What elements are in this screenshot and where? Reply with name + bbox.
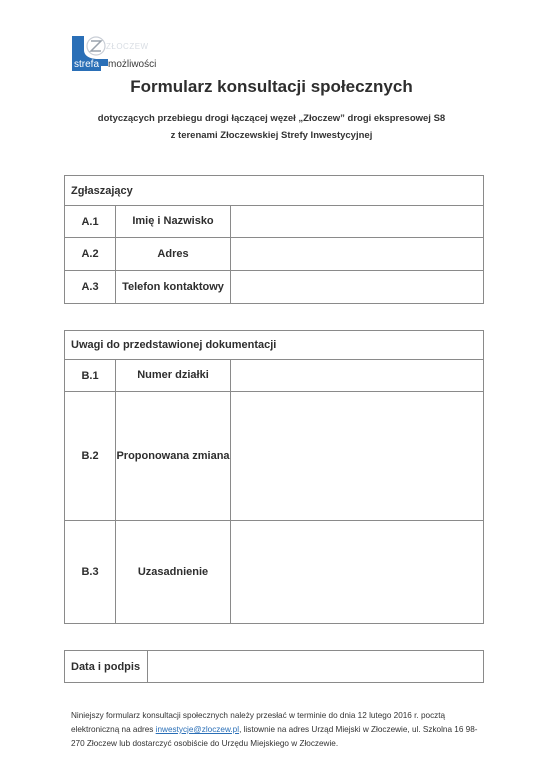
table-row: A.3 Telefon kontaktowy — [65, 271, 484, 304]
phone-field[interactable] — [231, 271, 484, 304]
row-label: Numer działki — [116, 360, 231, 392]
date-signature-field[interactable] — [148, 651, 484, 683]
row-code: A.3 — [65, 271, 116, 304]
table-row: A.1 Imię i Nazwisko — [65, 206, 484, 238]
logo-ghost-text: ZŁOCZEW — [106, 42, 149, 51]
table-row: A.2 Adres — [65, 238, 484, 271]
row-code: A.2 — [65, 238, 116, 271]
section-b-heading: Uwagi do przedstawionej dokumentacji — [65, 331, 484, 360]
row-label: Uzasadnienie — [116, 521, 231, 624]
logo: ZŁOCZEW strefa możliwości — [72, 36, 182, 76]
table-row: B.3 Uzasadnienie — [65, 521, 484, 624]
name-field[interactable] — [231, 206, 484, 238]
row-code: B.2 — [65, 392, 116, 521]
row-code: A.1 — [65, 206, 116, 238]
logo-strefa: strefa — [72, 59, 101, 71]
date-signature-label: Data i podpis — [65, 651, 148, 683]
address-field[interactable] — [231, 238, 484, 271]
plot-number-field[interactable] — [231, 360, 484, 392]
submission-note: Niniejszy formularz konsultacji społeczn… — [71, 709, 491, 751]
row-label: Proponowana zmiana — [116, 392, 231, 521]
row-code: B.3 — [65, 521, 116, 624]
justification-field[interactable] — [231, 521, 484, 624]
row-label: Adres — [116, 238, 231, 271]
section-a-heading: Zgłaszający — [65, 176, 484, 206]
page-title: Formularz konsultacji społecznych — [0, 77, 543, 97]
row-code: B.1 — [65, 360, 116, 392]
remarks-table: Uwagi do przedstawionej dokumentacji B.1… — [64, 330, 484, 624]
table-row: B.1 Numer działki — [65, 360, 484, 392]
table-row: B.2 Proponowana zmiana — [65, 392, 484, 521]
subtitle-line-2: z terenami Złoczewskiej Strefy Inwestycy… — [0, 127, 543, 144]
subtitle: dotyczących przebiegu drogi łączącej węz… — [0, 110, 543, 144]
row-label: Telefon kontaktowy — [116, 271, 231, 304]
row-label: Imię i Nazwisko — [116, 206, 231, 238]
logo-mozliwosci: możliwości — [108, 59, 156, 71]
email-link[interactable]: inwestycje@zloczew.pl — [156, 725, 239, 734]
proposed-change-field[interactable] — [231, 392, 484, 521]
signature-table: Data i podpis — [64, 650, 484, 683]
applicant-table: Zgłaszający A.1 Imię i Nazwisko A.2 Adre… — [64, 175, 484, 304]
subtitle-line-1: dotyczących przebiegu drogi łączącej węz… — [0, 110, 543, 127]
